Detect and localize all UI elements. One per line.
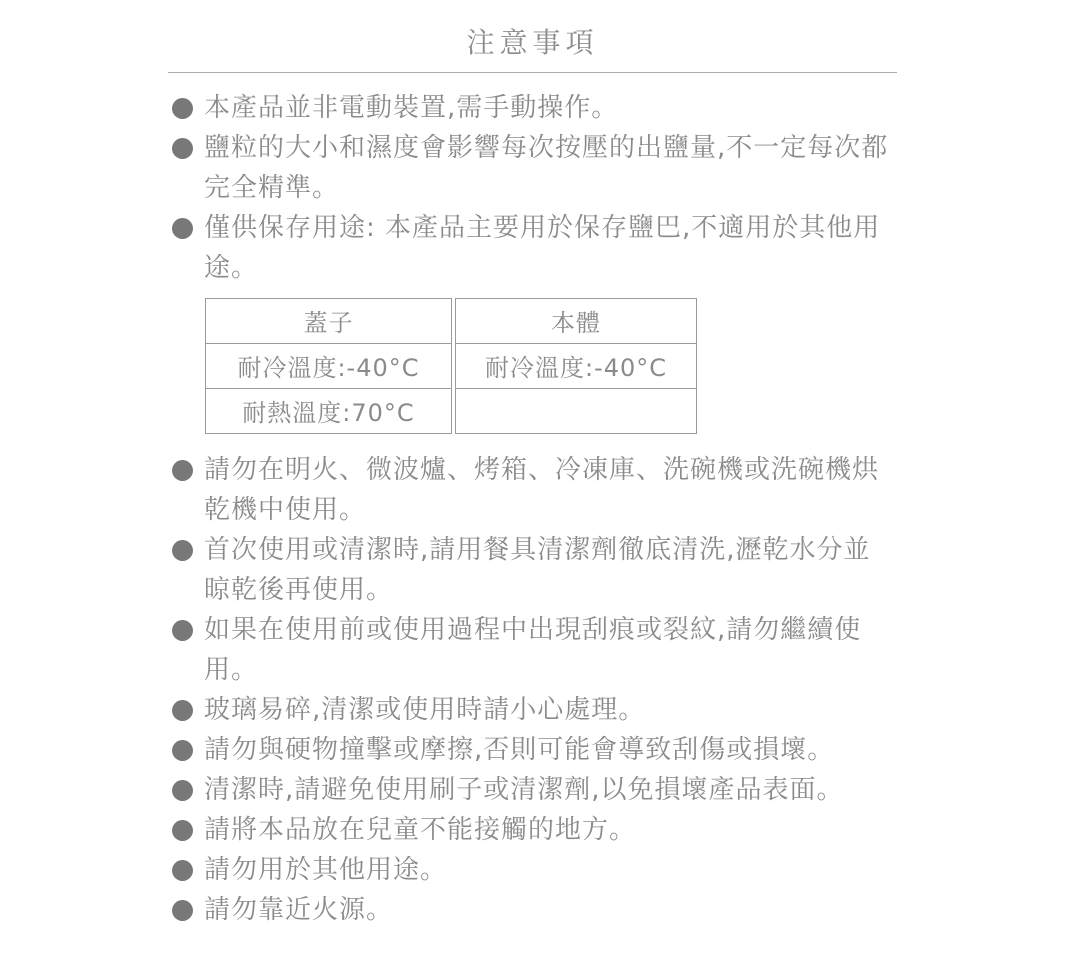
note-text: 請勿靠近火源。 bbox=[204, 890, 897, 930]
note-item: 本產品並非電動裝置,需手動操作。 bbox=[168, 88, 897, 128]
note-text: 請將本品放在兒童不能接觸的地方。 bbox=[204, 810, 897, 850]
bullet-icon bbox=[172, 218, 193, 239]
note-item: 鹽粒的大小和濕度會影響每次按壓的出鹽量,不一定每次都完全精準。 bbox=[168, 128, 897, 208]
table-row: 本體 bbox=[456, 298, 697, 343]
note-item: 首次使用或清潔時,請用餐具清潔劑徹底清洗,瀝乾水分並晾乾後再使用。 bbox=[168, 530, 897, 610]
bullet-icon bbox=[172, 460, 193, 481]
bullet-icon bbox=[172, 620, 193, 641]
table-row: 耐熱溫度:70°C bbox=[206, 388, 452, 433]
note-text: 請勿與硬物撞擊或摩擦,否則可能會導致刮傷或損壞。 bbox=[204, 730, 897, 770]
note-text: 玻璃易碎,清潔或使用時請小心處理。 bbox=[204, 690, 897, 730]
bullet-icon bbox=[172, 138, 193, 159]
table-row: 耐冷溫度:-40°C bbox=[206, 343, 452, 388]
table-cell bbox=[456, 388, 697, 433]
note-item: 請勿靠近火源。 bbox=[168, 890, 897, 930]
note-item: 請勿與硬物撞擊或摩擦,否則可能會導致刮傷或損壞。 bbox=[168, 730, 897, 770]
note-text: 本產品並非電動裝置,需手動操作。 bbox=[204, 88, 897, 128]
table-cell: 耐冷溫度:-40°C bbox=[206, 343, 452, 388]
note-item: 請勿用於其他用途。 bbox=[168, 850, 897, 890]
note-text: 如果在使用前或使用過程中出現刮痕或裂紋,請勿繼續使用。 bbox=[204, 610, 897, 690]
lid-column-table: 蓋子 耐冷溫度:-40°C 耐熱溫度:70°C bbox=[205, 298, 452, 434]
table-cell: 耐冷溫度:-40°C bbox=[456, 343, 697, 388]
note-item: 請將本品放在兒童不能接觸的地方。 bbox=[168, 810, 897, 850]
table-cell: 耐熱溫度:70°C bbox=[206, 388, 452, 433]
note-text: 首次使用或清潔時,請用餐具清潔劑徹底清洗,瀝乾水分並晾乾後再使用。 bbox=[204, 530, 897, 610]
bullet-icon bbox=[172, 820, 193, 841]
note-text: 清潔時,請避免使用刷子或清潔劑,以免損壞產品表面。 bbox=[204, 770, 897, 810]
note-item: 玻璃易碎,清潔或使用時請小心處理。 bbox=[168, 690, 897, 730]
table-header-cell: 本體 bbox=[456, 298, 697, 343]
note-text: 請勿在明火、微波爐、烤箱、冷凍庫、洗碗機或洗碗機烘乾機中使用。 bbox=[204, 450, 897, 530]
note-text: 鹽粒的大小和濕度會影響每次按壓的出鹽量,不一定每次都完全精準。 bbox=[204, 128, 897, 208]
bullet-icon bbox=[172, 860, 193, 881]
body-column-table: 本體 耐冷溫度:-40°C bbox=[455, 298, 697, 434]
table-header-cell: 蓋子 bbox=[206, 298, 452, 343]
temperature-spec-table: 蓋子 耐冷溫度:-40°C 耐熱溫度:70°C 本體 耐冷溫度: bbox=[205, 298, 897, 434]
note-item: 請勿在明火、微波爐、烤箱、冷凍庫、洗碗機或洗碗機烘乾機中使用。 bbox=[168, 450, 897, 530]
bullet-icon bbox=[172, 540, 193, 561]
bullet-icon bbox=[172, 700, 193, 721]
note-item: 僅供保存用途: 本產品主要用於保存鹽巴,不適用於其他用途。 bbox=[168, 208, 897, 288]
table-row: 蓋子 bbox=[206, 298, 452, 343]
notes-list: 本產品並非電動裝置,需手動操作。 鹽粒的大小和濕度會影響每次按壓的出鹽量,不一定… bbox=[168, 88, 897, 930]
caution-section: 注意事項 本產品並非電動裝置,需手動操作。 鹽粒的大小和濕度會影響每次按壓的出鹽… bbox=[168, 0, 897, 930]
note-item: 如果在使用前或使用過程中出現刮痕或裂紋,請勿繼續使用。 bbox=[168, 610, 897, 690]
page-title: 注意事項 bbox=[168, 26, 897, 60]
table-row: 耐冷溫度:-40°C bbox=[456, 343, 697, 388]
bullet-icon bbox=[172, 900, 193, 921]
bullet-icon bbox=[172, 98, 193, 119]
note-text: 僅供保存用途: 本產品主要用於保存鹽巴,不適用於其他用途。 bbox=[204, 208, 897, 288]
note-item: 清潔時,請避免使用刷子或清潔劑,以免損壞產品表面。 bbox=[168, 770, 897, 810]
section-header: 注意事項 bbox=[168, 26, 897, 73]
bullet-icon bbox=[172, 780, 193, 801]
bullet-icon bbox=[172, 740, 193, 761]
table-row bbox=[456, 388, 697, 433]
note-text: 請勿用於其他用途。 bbox=[204, 850, 897, 890]
